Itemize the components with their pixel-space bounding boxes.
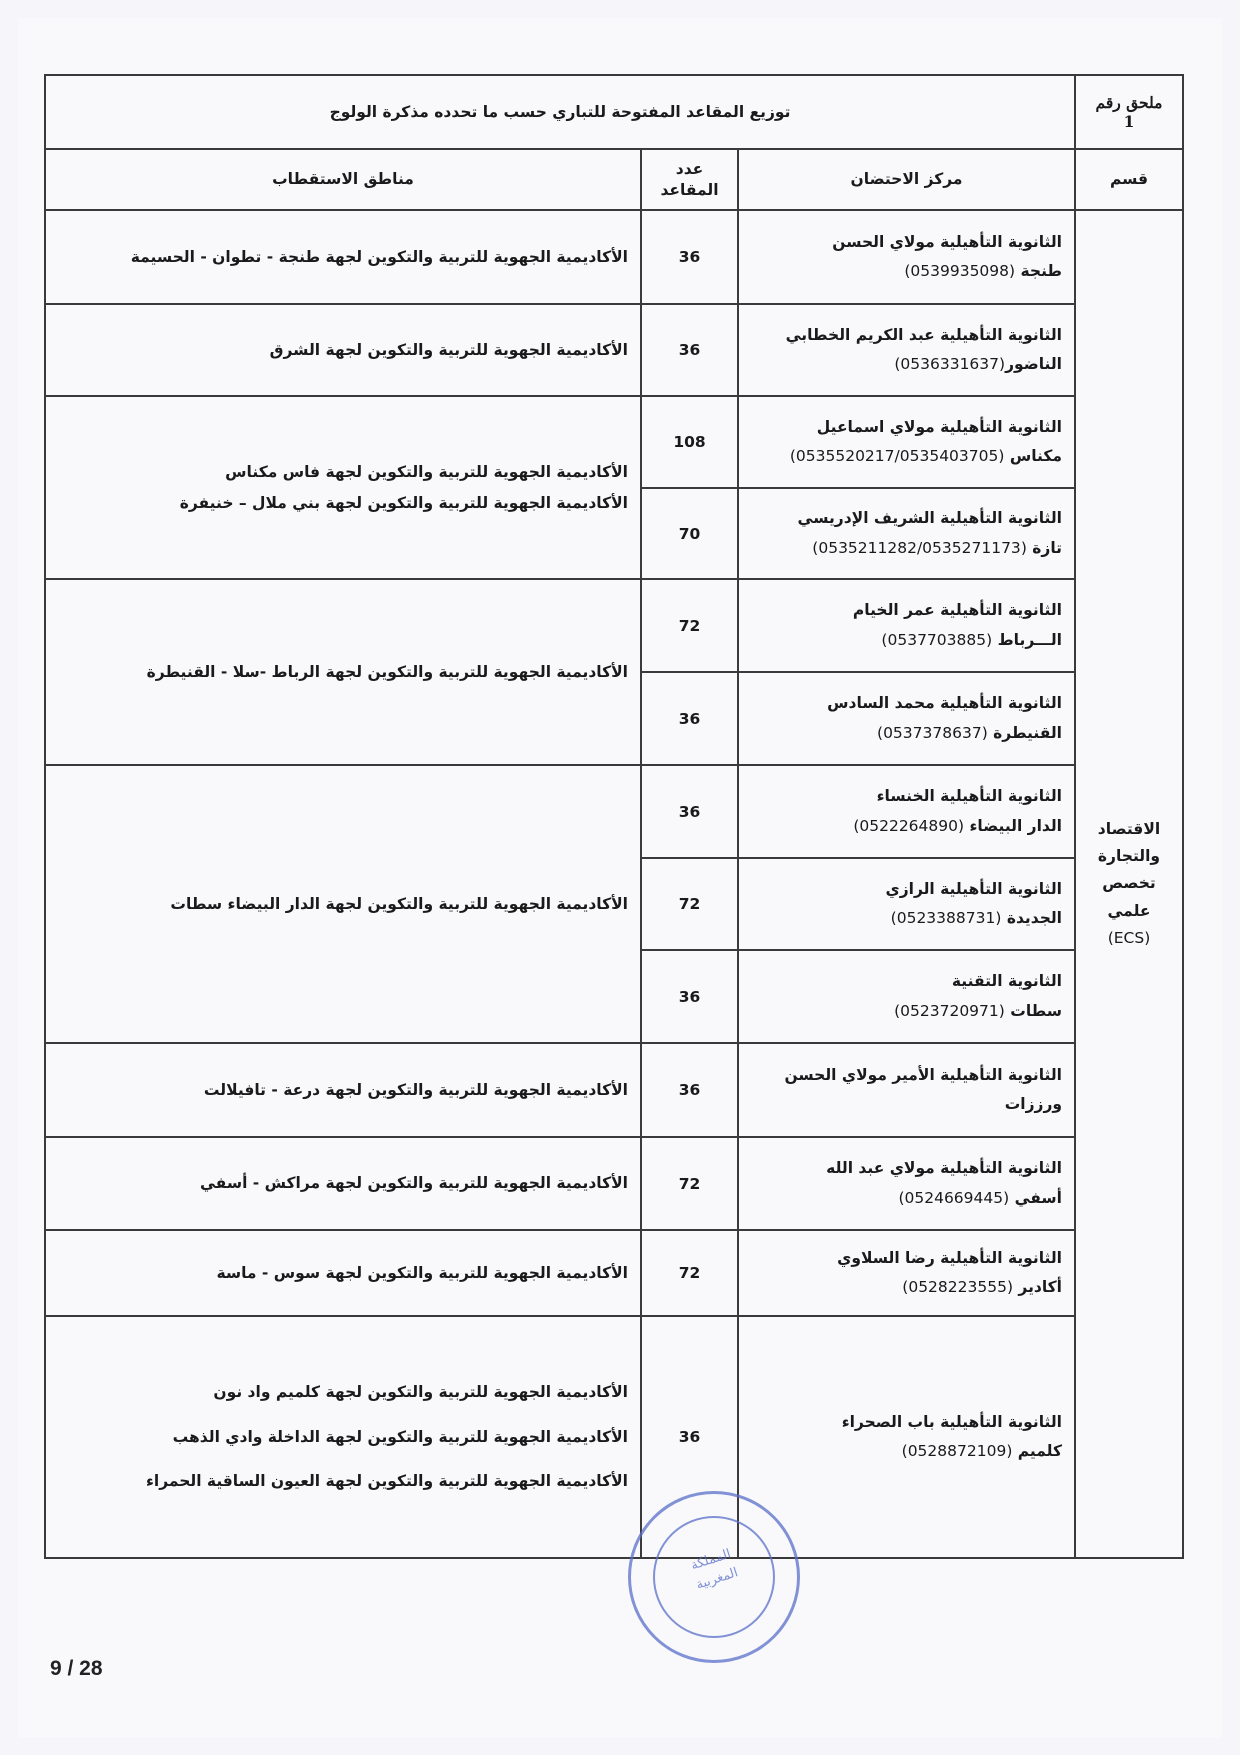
- seats-cell: 36: [641, 672, 738, 765]
- regions-cell: الأكاديمية الجهوية للتربية والتكوين لجهة…: [45, 1043, 641, 1137]
- region-line: الأكاديمية الجهوية للتربية والتكوين لجهة…: [58, 457, 628, 488]
- center-name: الثانوية التأهيلية الخنساء: [751, 782, 1062, 811]
- region-line: الأكاديمية الجهوية للتربية والتكوين لجهة…: [58, 657, 628, 688]
- seats-cell: 70: [641, 488, 738, 579]
- section-line3: تخصص علمي: [1088, 870, 1170, 924]
- regions-cell: الأكاديمية الجهوية للتربية والتكوين لجهة…: [45, 210, 641, 304]
- seats-cell: 36: [641, 950, 738, 1043]
- table-row: الثانوية التأهيلية رضا السلاوي أكادير (0…: [45, 1230, 1183, 1316]
- region-line: الأكاديمية الجهوية للتربية والتكوين لجهة…: [58, 1168, 628, 1199]
- header-seats-line2: المقاعد: [654, 180, 725, 201]
- center-phone: (0537378637): [877, 724, 988, 742]
- header-seats: عدد المقاعد: [641, 149, 738, 210]
- seats-cell: 72: [641, 579, 738, 672]
- header-regions: مناطق الاستقطاب: [45, 149, 641, 210]
- region-line: الأكاديمية الجهوية للتربية والتكوين لجهة…: [58, 1075, 628, 1106]
- center-name: الثانوية التأهيلية الأمير مولاي الحسن: [751, 1061, 1062, 1090]
- center-cell: الثانوية التأهيلية باب الصحراء كلميم (05…: [738, 1316, 1075, 1558]
- seats-cell: 108: [641, 396, 738, 488]
- center-city: الناضور: [1005, 355, 1062, 373]
- center-name: الثانوية التأهيلية مولاي الحسن: [751, 228, 1062, 257]
- center-phone: (0535520217/0535403705): [790, 447, 1005, 465]
- center-phone: (0523720971): [894, 1002, 1005, 1020]
- seat-distribution-table: ملحق رقم 1 توزيع المقاعد المفتوحة للتبار…: [44, 74, 1184, 1559]
- header-seats-line1: عدد: [654, 159, 725, 180]
- center-cell: الثانوية التأهيلية الرازي الجديدة (05233…: [738, 858, 1075, 950]
- region-line: الأكاديمية الجهوية للتربية والتكوين لجهة…: [58, 1370, 628, 1415]
- region-line: الأكاديمية الجهوية للتربية والتكوين لجهة…: [58, 488, 628, 519]
- center-cell: الثانوية التأهيلية الشريف الإدريسي تازة …: [738, 488, 1075, 579]
- region-line: الأكاديمية الجهوية للتربية والتكوين لجهة…: [58, 889, 628, 920]
- header-center: مركز الاحتضان: [738, 149, 1075, 210]
- region-line: الأكاديمية الجهوية للتربية والتكوين لجهة…: [58, 1258, 628, 1289]
- center-city: أسفي: [1015, 1189, 1062, 1207]
- center-phone: (0528872109): [902, 1442, 1013, 1460]
- table-row: الثانوية التأهيلية عمر الخيام الـــرباط …: [45, 579, 1183, 672]
- header-section: قسم: [1075, 149, 1183, 210]
- center-cell: الثانوية التأهيلية مولاي عبد الله أسفي (…: [738, 1137, 1075, 1230]
- page-number: 9 / 28: [50, 1657, 103, 1681]
- official-stamp: المملكة المغربية: [628, 1491, 800, 1663]
- section-line1: الاقتصاد: [1088, 816, 1170, 843]
- center-city: كلميم: [1018, 1442, 1062, 1460]
- seats-cell: 36: [641, 210, 738, 304]
- center-city: تازة: [1032, 539, 1062, 557]
- regions-cell: الأكاديمية الجهوية للتربية والتكوين لجهة…: [45, 1316, 641, 1558]
- annex-label: ملحق رقم 1: [1075, 75, 1183, 149]
- seats-cell: 72: [641, 1230, 738, 1316]
- center-phone: (0523388731): [891, 909, 1002, 927]
- center-cell: الثانوية التأهيلية مولاي الحسن طنجة (053…: [738, 210, 1075, 304]
- section-code: (ECS): [1088, 925, 1170, 952]
- center-phone: (0536331637): [894, 355, 1005, 373]
- center-phone: (0535211282/0535271173): [812, 539, 1027, 557]
- center-name: الثانوية التأهيلية الشريف الإدريسي: [751, 504, 1062, 533]
- seats-cell: 72: [641, 858, 738, 950]
- regions-cell: الأكاديمية الجهوية للتربية والتكوين لجهة…: [45, 1137, 641, 1230]
- region-line: الأكاديمية الجهوية للتربية والتكوين لجهة…: [58, 242, 628, 273]
- center-name: الثانوية التأهيلية مولاي اسماعيل: [751, 413, 1062, 442]
- center-name: الثانوية التأهيلية محمد السادس: [751, 689, 1062, 718]
- center-cell: الثانوية التأهيلية محمد السادس القنيطرة …: [738, 672, 1075, 765]
- table-row: الاقتصاد والتجارة تخصص علمي (ECS) الثانو…: [45, 210, 1183, 304]
- center-phone: (0539935098): [904, 262, 1015, 280]
- center-name: الثانوية التأهيلية باب الصحراء: [751, 1408, 1062, 1437]
- table-row: الثانوية التأهيلية عبد الكريم الخطابي ال…: [45, 304, 1183, 396]
- center-cell: الثانوية التأهيلية الخنساء الدار البيضاء…: [738, 765, 1075, 858]
- region-line: الأكاديمية الجهوية للتربية والتكوين لجهة…: [58, 1415, 628, 1460]
- center-name: الثانوية التأهيلية رضا السلاوي: [751, 1244, 1062, 1273]
- seats-cell: 36: [641, 304, 738, 396]
- table-row: الثانوية التأهيلية مولاي اسماعيل مكناس (…: [45, 396, 1183, 488]
- center-phone: (0528223555): [902, 1278, 1013, 1296]
- regions-cell: الأكاديمية الجهوية للتربية والتكوين لجهة…: [45, 1230, 641, 1316]
- center-name: الثانوية التقنية: [751, 967, 1062, 996]
- table-row: الثانوية التأهيلية الخنساء الدار البيضاء…: [45, 765, 1183, 858]
- center-city: سطات: [1010, 1002, 1062, 1020]
- regions-cell: الأكاديمية الجهوية للتربية والتكوين لجهة…: [45, 579, 641, 765]
- table-row: الثانوية التأهيلية الأمير مولاي الحسن ور…: [45, 1043, 1183, 1137]
- center-phone: (0537703885): [881, 631, 992, 649]
- center-city: القنيطرة: [993, 724, 1062, 742]
- region-line: الأكاديمية الجهوية للتربية والتكوين لجهة…: [58, 1459, 628, 1504]
- center-city: طنجة: [1021, 262, 1063, 280]
- regions-cell: الأكاديمية الجهوية للتربية والتكوين لجهة…: [45, 304, 641, 396]
- seats-cell: 72: [641, 1137, 738, 1230]
- center-cell: الثانوية التأهيلية رضا السلاوي أكادير (0…: [738, 1230, 1075, 1316]
- seats-cell: 36: [641, 1043, 738, 1137]
- seats-cell: 36: [641, 765, 738, 858]
- center-city: مكناس: [1010, 447, 1062, 465]
- regions-cell: الأكاديمية الجهوية للتربية والتكوين لجهة…: [45, 765, 641, 1043]
- center-cell: الثانوية التأهيلية عبد الكريم الخطابي ال…: [738, 304, 1075, 396]
- center-city: الـــرباط: [998, 631, 1062, 649]
- center-name: الثانوية التأهيلية مولاي عبد الله: [751, 1154, 1062, 1183]
- center-city: الجديدة: [1007, 909, 1062, 927]
- center-name: الثانوية التأهيلية عمر الخيام: [751, 596, 1062, 625]
- center-cell: الثانوية التأهيلية مولاي اسماعيل مكناس (…: [738, 396, 1075, 488]
- table-row: الثانوية التأهيلية مولاي عبد الله أسفي (…: [45, 1137, 1183, 1230]
- center-cell: الثانوية التأهيلية عمر الخيام الـــرباط …: [738, 579, 1075, 672]
- center-phone: (0524669445): [898, 1189, 1009, 1207]
- table-title: توزيع المقاعد المفتوحة للتباري حسب ما تح…: [45, 75, 1075, 149]
- regions-cell: الأكاديمية الجهوية للتربية والتكوين لجهة…: [45, 396, 641, 579]
- center-phone: (0522264890): [853, 817, 964, 835]
- center-cell: الثانوية التقنية سطات (0523720971): [738, 950, 1075, 1043]
- center-city: ورززات: [1005, 1095, 1062, 1113]
- section-line2: والتجارة: [1088, 843, 1170, 870]
- center-city: الدار البيضاء: [969, 817, 1062, 835]
- region-line: الأكاديمية الجهوية للتربية والتكوين لجهة…: [58, 335, 628, 366]
- center-city: أكادير: [1018, 1278, 1062, 1296]
- center-name: الثانوية التأهيلية عبد الكريم الخطابي: [751, 321, 1062, 350]
- section-cell: الاقتصاد والتجارة تخصص علمي (ECS): [1075, 210, 1183, 1558]
- center-name: الثانوية التأهيلية الرازي: [751, 875, 1062, 904]
- center-cell: الثانوية التأهيلية الأمير مولاي الحسن ور…: [738, 1043, 1075, 1137]
- table-row: الثانوية التأهيلية باب الصحراء كلميم (05…: [45, 1316, 1183, 1558]
